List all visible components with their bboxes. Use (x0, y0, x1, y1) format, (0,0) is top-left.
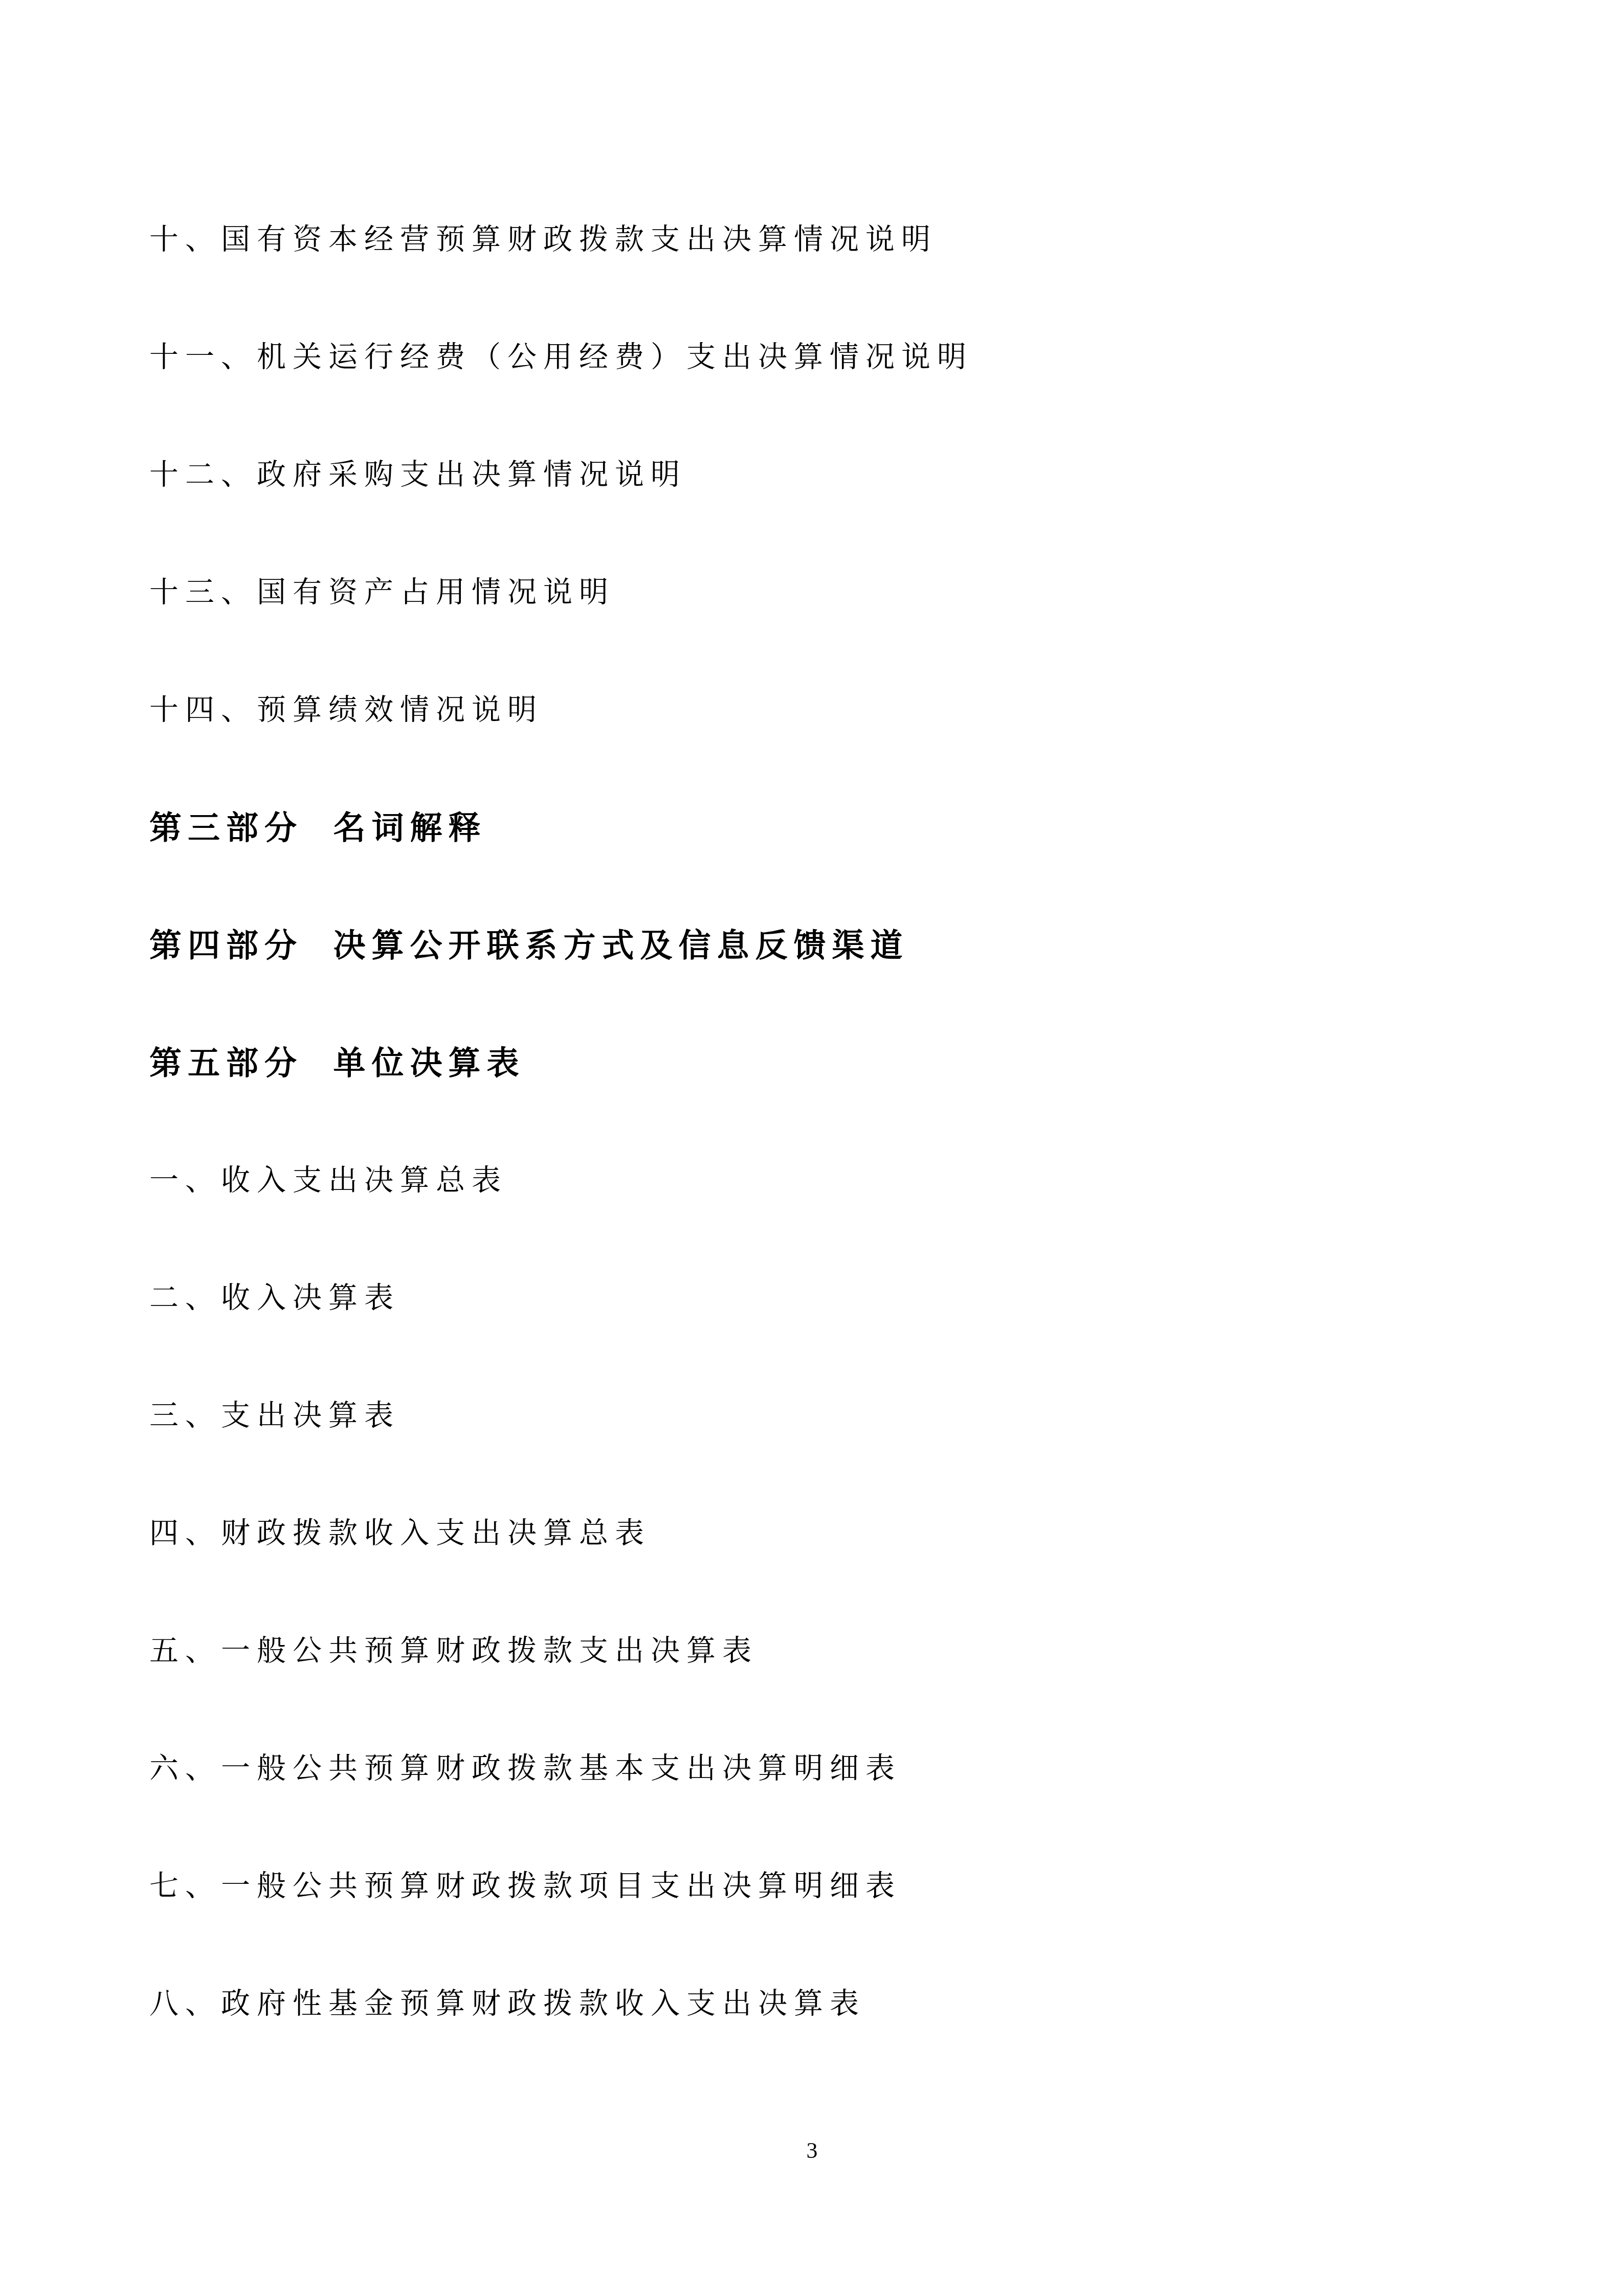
toc-entry: 十四、预算绩效情况说明 (149, 651, 1481, 769)
toc-heading: 第五部分 单位决算表 (149, 1004, 1481, 1122)
page-number: 3 (0, 2137, 1624, 2164)
toc-entry: 十、国有资本经营预算财政拨款支出决算情况说明 (149, 181, 1481, 299)
toc-entry: 三、支出决算表 (149, 1357, 1481, 1475)
toc-entry: 二、收入决算表 (149, 1240, 1481, 1357)
toc-entry: 十三、国有资产占用情况说明 (149, 534, 1481, 651)
toc-entry: 八、政府性基金预算财政拨款收入支出决算表 (149, 1945, 1481, 2063)
toc-entry: 四、财政拨款收入支出决算总表 (149, 1475, 1481, 1592)
toc-entry: 十二、政府采购支出决算情况说明 (149, 416, 1481, 534)
toc-heading: 第四部分 决算公开联系方式及信息反馈渠道 (149, 887, 1481, 1004)
toc-entry: 十一、机关运行经费（公用经费）支出决算情况说明 (149, 299, 1481, 416)
toc-heading: 第三部分 名词解释 (149, 769, 1481, 887)
toc-entry: 五、一般公共预算财政拨款支出决算表 (149, 1592, 1481, 1710)
toc-entry: 七、一般公共预算财政拨款项目支出决算明细表 (149, 1828, 1481, 1945)
table-of-contents: 十、国有资本经营预算财政拨款支出决算情况说明 十一、机关运行经费（公用经费）支出… (0, 0, 1624, 2063)
toc-entry: 六、一般公共预算财政拨款基本支出决算明细表 (149, 1710, 1481, 1828)
toc-entry: 一、收入支出决算总表 (149, 1122, 1481, 1240)
page: 十、国有资本经营预算财政拨款支出决算情况说明 十一、机关运行经费（公用经费）支出… (0, 0, 1624, 2296)
document-page: { "page": { "number": "3" }, "colors": {… (0, 0, 1624, 2296)
